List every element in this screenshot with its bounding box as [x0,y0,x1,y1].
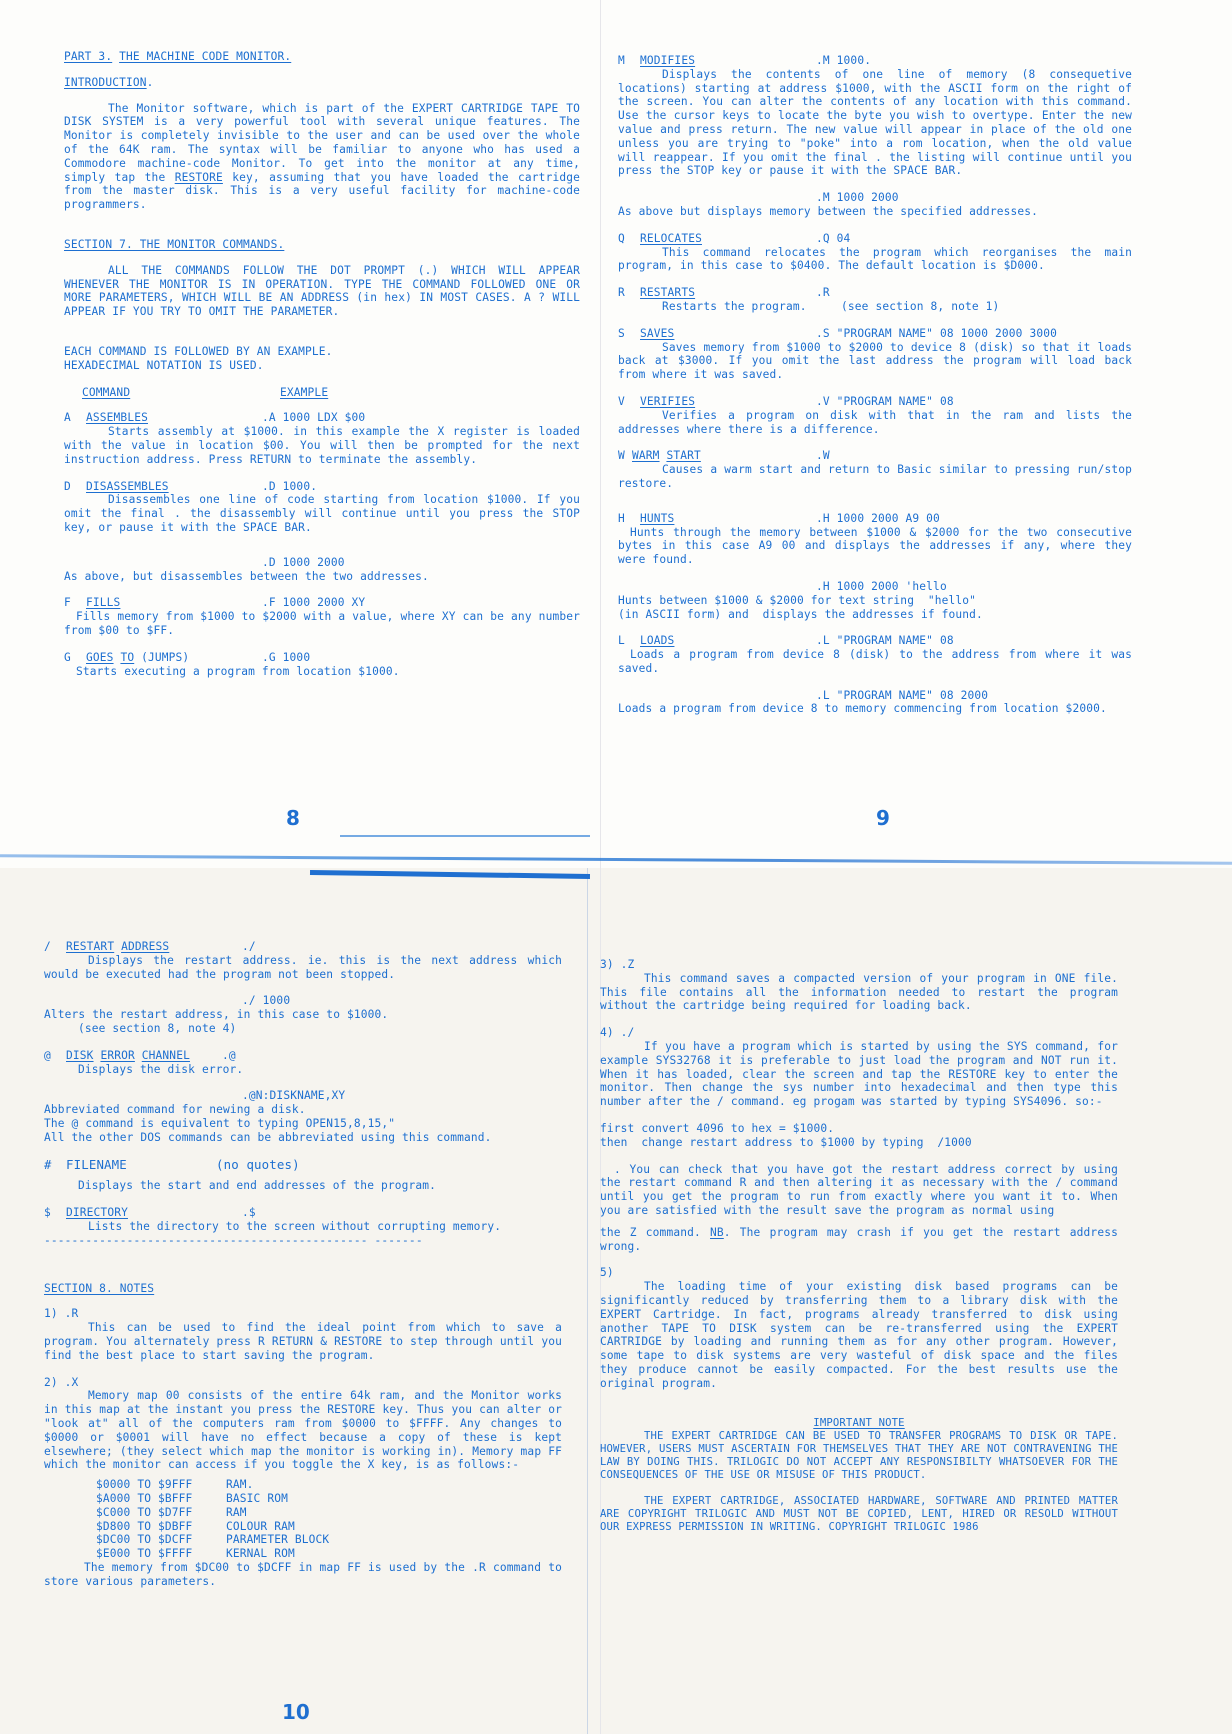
memory-use: KERNAL ROM [226,1547,295,1561]
page-number-9: 9 [876,806,890,830]
intro-heading: INTRODUCTION. [64,76,580,90]
memory-range: $E000 TO $FFFF [96,1547,226,1561]
command-entry-fills: FFILLS.F 1000 2000 XY Fills memory from … [64,596,580,637]
memory-map-row: $D800 TO $DBFFCOLOUR RAM [96,1520,562,1534]
command-entry-modifies: MMODIFIES.M 1000. Displays the contents … [618,54,1132,219]
restore-key-label: RESTORE [175,171,223,184]
copyright-text: THE EXPERT CARTRIDGE, ASSOCIATED HARDWAR… [600,1495,1118,1534]
memory-range: $DC00 TO $DCFF [96,1533,226,1547]
memory-map-table: $0000 TO $9FFFRAM.$A000 TO $BFFFBASIC RO… [96,1478,562,1561]
command-entry-directory: $DIRECTORY.$ Lists the directory to the … [44,1206,562,1234]
memory-range: $C000 TO $D7FF [96,1506,226,1520]
memory-use: RAM [226,1506,247,1520]
memory-map-row: $E000 TO $FFFFKERNAL ROM [96,1547,562,1561]
page-11: 3) .Z This command saves a compacted ver… [600,958,1118,1534]
page-number-8: 8 [286,806,300,830]
page-10: /RESTART ADDRESS./ Displays the restart … [44,940,562,1588]
column-headers: COMMAND EXAMPLE [82,386,580,400]
command-entry-goes-to: GGOES TO (JUMPS).G 1000 Starts executing… [64,651,580,679]
memory-use: COLOUR RAM [226,1520,295,1534]
example-note-2: HEXADECIMAL NOTATION IS USED. [64,359,580,373]
command-entry-loads: LLOADS.L "PROGRAM NAME" 08 Loads a progr… [618,634,1132,716]
memory-range: $0000 TO $9FFF [96,1478,226,1492]
intro-paragraph: The Monitor software, which is part of t… [64,102,580,212]
important-note: IMPORTANT NOTE THE EXPERT CARTRIDGE CAN … [600,1417,1118,1534]
memory-use: PARAMETER BLOCK [226,1533,329,1547]
fold-mark [340,835,590,837]
part-heading: PART 3. THE MACHINE CODE MONITOR. [64,50,580,64]
memory-map-row: $0000 TO $9FFFRAM. [96,1478,562,1492]
command-entry-verifies: VVERIFIES.V "PROGRAM NAME" 08 Verifies a… [618,395,1132,436]
hash-symbol: # [44,1158,66,1172]
command-entry-disk-error-channel: @DISK ERROR CHANNEL.@ Displays the disk … [44,1049,562,1145]
page-9: MMODIFIES.M 1000. Displays the contents … [618,54,1132,716]
section8-heading: SECTION 8. NOTES [44,1282,562,1296]
note-4: 4) ./ If you have a program which is sta… [600,1026,1118,1253]
example-column-header: EXAMPLE [280,386,328,400]
page-number-10: 10 [282,1700,310,1724]
memory-map-footer: The memory from $DC00 to $DCFF in map FF… [44,1561,562,1589]
example-note-1: EACH COMMAND IS FOLLOWED BY AN EXAMPLE. [64,345,580,359]
memory-use: BASIC ROM [226,1492,288,1506]
command-column-header: COMMAND [82,386,280,400]
important-note-text: THE EXPERT CARTRIDGE CAN BE USED TO TRAN… [600,1430,1118,1482]
memory-map-row: $A000 TO $BFFFBASIC ROM [96,1492,562,1506]
memory-use: RAM. [226,1478,254,1492]
section-divider: ----------------------------------------… [44,1234,562,1248]
command-entry-assembles: AASSEMBLES.A 1000 LDX $00 Starts assembl… [64,411,580,466]
command-entry-filename: #FILENAME(no quotes) Displays the start … [44,1158,562,1194]
note-5: 5) The loading time of your existing dis… [600,1266,1118,1390]
memory-range: $D800 TO $DBFF [96,1520,226,1534]
command-entry-disassembles: DDISASSEMBLES.D 1000. Disassembles one l… [64,480,580,584]
command-entry-restarts: RRESTARTS.R Restarts the program. (see s… [618,286,1132,314]
memory-map-row: $DC00 TO $DCFFPARAMETER BLOCK [96,1533,562,1547]
note-1: 1) .R This can be used to find the ideal… [44,1307,562,1362]
page-spine-bottom [587,868,588,1734]
command-entry-hunts: HHUNTS.H 1000 2000 A9 00 Hunts through t… [618,512,1132,622]
memory-range: $A000 TO $BFFF [96,1492,226,1506]
section7-heading: SECTION 7. THE MONITOR COMMANDS. [64,238,580,252]
nb-label: NB [710,1226,724,1239]
section7-paragraph: ALL THE COMMANDS FOLLOW THE DOT PROMPT (… [64,264,580,319]
command-entry-restart-address: /RESTART ADDRESS./ Displays the restart … [44,940,562,1036]
command-entry-saves: SSAVES.S "PROGRAM NAME" 08 1000 2000 300… [618,327,1132,382]
memory-map-row: $C000 TO $D7FFRAM [96,1506,562,1520]
note-3: 3) .Z This command saves a compacted ver… [600,958,1118,1013]
command-entry-warm-start: WWARM START.W Causes a warm start and re… [618,449,1132,490]
important-note-heading: IMPORTANT NOTE [600,1417,1118,1430]
page-8: PART 3. THE MACHINE CODE MONITOR. INTROD… [64,50,580,678]
note-2: 2) .X Memory map 00 consists of the enti… [44,1376,562,1473]
command-entry-relocates: QRELOCATES.Q 04 This command relocates t… [618,232,1132,273]
